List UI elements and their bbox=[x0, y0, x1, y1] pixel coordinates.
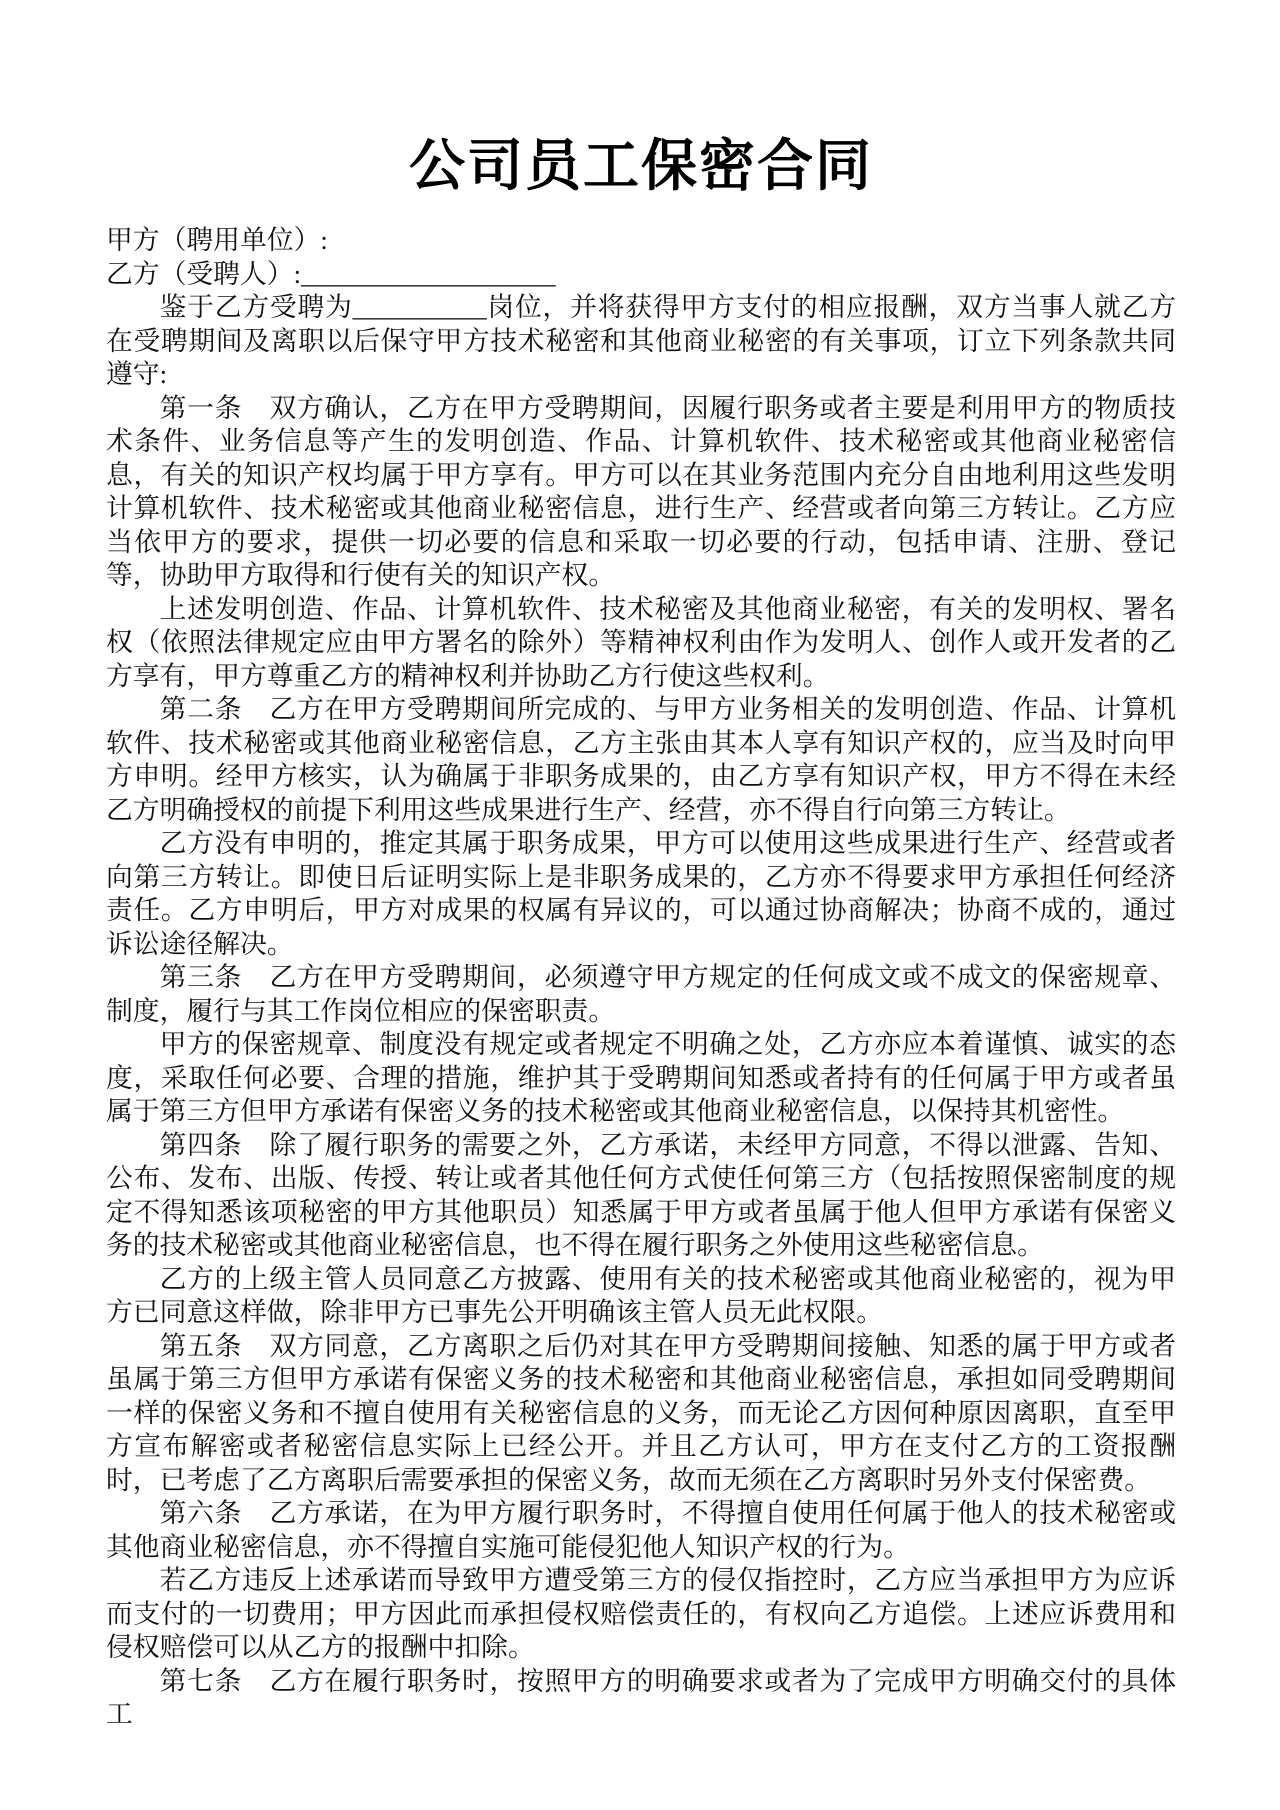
contract-paragraph: 第二条 乙方在甲方受聘期间所完成的、与甲方业务相关的发明创造、作品、计算机软件、… bbox=[106, 693, 1176, 827]
contract-paragraph: 第三条 乙方在甲方受聘期间，必须遵守甲方规定的任何成文或不成文的保密规章、制度，… bbox=[106, 961, 1176, 1028]
parties-block: 甲方（聘用单位）: 乙方（受聘人）:___________________ bbox=[106, 224, 1176, 291]
party-a-label: 甲方（聘用单位）: bbox=[106, 225, 328, 255]
party-b-label: 乙方（受聘人）: bbox=[106, 259, 301, 289]
contract-paragraph: 若乙方违反上述承诺而导致甲方遭受第三方的侵仅指控时，乙方应当承担甲方为应诉而支付… bbox=[106, 1564, 1176, 1665]
contract-paragraph: 第一条 双方确认，乙方在甲方受聘期间，因履行职务或者主要是利用甲方的物质技术条件… bbox=[106, 392, 1176, 593]
contract-paragraph: 第四条 除了履行职务的需要之外，乙方承诺，未经甲方同意，不得以泄露、告知、公布、… bbox=[106, 1129, 1176, 1263]
party-a-line: 甲方（聘用单位）: bbox=[106, 224, 1176, 258]
contract-paragraph: 乙方的上级主管人员同意乙方披露、使用有关的技术秘密或其他商业秘密的，视为甲方已同… bbox=[106, 1263, 1176, 1330]
party-b-fill-in-blank: ___________________ bbox=[301, 259, 556, 289]
contract-paragraph: 第七条 乙方在履行职务时，按照甲方的明确要求或者为了完成甲方明确交付的具体工 bbox=[106, 1665, 1176, 1732]
contract-paragraph: 第六条 乙方承诺，在为甲方履行职务时，不得擅自使用任何属于他人的技术秘密或其他商… bbox=[106, 1497, 1176, 1564]
contract-paragraph: 甲方的保密规章、制度没有规定或者规定不明确之处，乙方亦应本着谨慎、诚实的态度，采… bbox=[106, 1028, 1176, 1129]
contract-paragraph: 乙方没有申明的，推定其属于职务成果，甲方可以使用这些成果进行生产、经营或者向第三… bbox=[106, 827, 1176, 961]
contract-body: 鉴于乙方受聘为__________岗位，并将获得甲方支付的相应报酬，双方当事人就… bbox=[106, 291, 1176, 1732]
contract-paragraph: 上述发明创造、作品、计算机软件、技术秘密及其他商业秘密，有关的发明权、署名权（依… bbox=[106, 593, 1176, 694]
party-b-line: 乙方（受聘人）:___________________ bbox=[106, 258, 1176, 292]
page-title: 公司员工保密合同 bbox=[106, 132, 1176, 200]
contract-paragraph: 鉴于乙方受聘为__________岗位，并将获得甲方支付的相应报酬，双方当事人就… bbox=[106, 291, 1176, 392]
contract-paragraph: 第五条 双方同意，乙方离职之后仍对其在甲方受聘期间接触、知悉的属于甲方或者虽属于… bbox=[106, 1330, 1176, 1498]
contract-page: 公司员工保密合同 甲方（聘用单位）: 乙方（受聘人）:_____________… bbox=[0, 0, 1280, 1810]
